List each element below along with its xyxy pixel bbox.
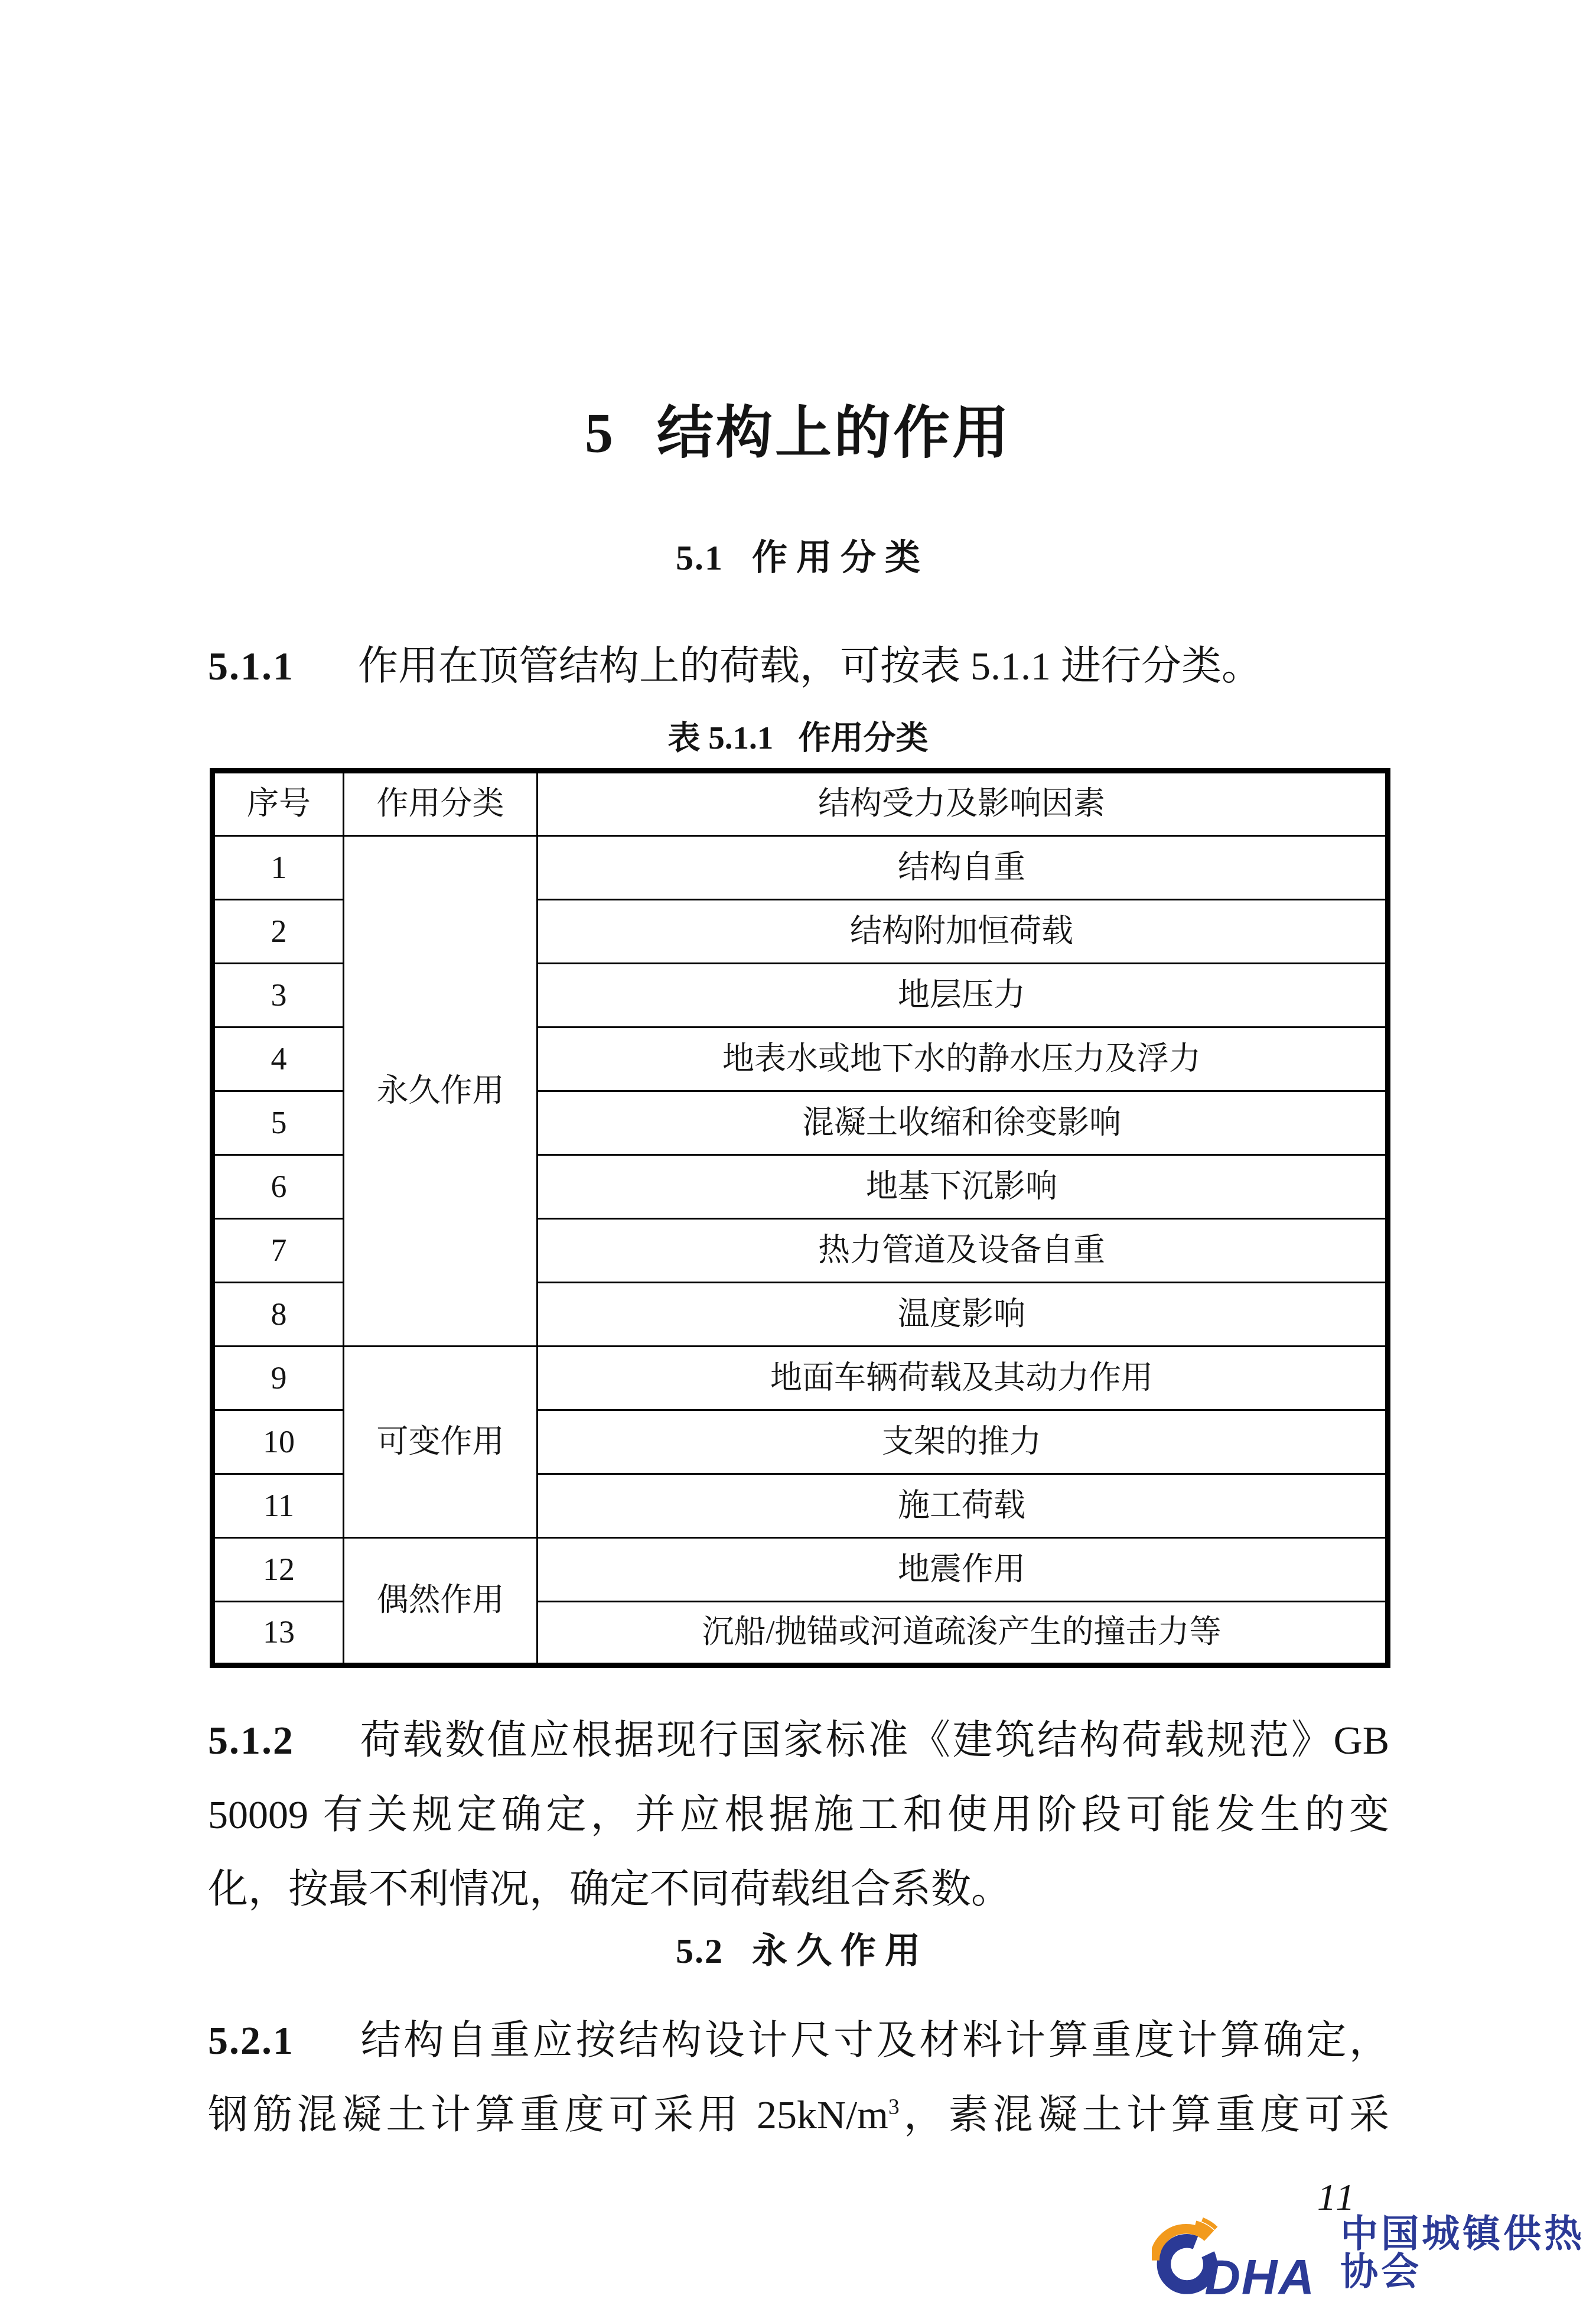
cell-factor: 支架的推力 bbox=[538, 1410, 1388, 1474]
cell-category-accidental: 偶然作用 bbox=[344, 1538, 538, 1666]
paragraph-5-1-2-line1: 5.1.2荷载数值应根据现行国家标准《建筑结构荷载规范》GB bbox=[208, 1703, 1389, 1777]
cell-factor: 温度影响 bbox=[538, 1283, 1388, 1347]
paragraph-5-2-1-line2-post: ，素混凝土计算重度可采 bbox=[900, 2092, 1389, 2137]
paragraph-5-2-1: 5.2.1结构自重应按结构设计尺寸及材料计算重度计算确定， 钢筋混凝土计算重度可… bbox=[208, 2003, 1389, 2152]
paragraph-5-1-1-text: 作用在顶管结构上的荷载，可按表 5.1.1 进行分类。 bbox=[358, 643, 1262, 688]
paragraph-5-2-1-label: 5.2.1 bbox=[208, 2018, 294, 2063]
section-heading-5-2: 5.2永 久 作 用 bbox=[0, 1931, 1596, 1972]
section-heading-5-1: 5.1作 用 分 类 bbox=[0, 538, 1596, 578]
cell-index: 11 bbox=[213, 1474, 344, 1538]
logo-acronym: DHA bbox=[1204, 2252, 1315, 2308]
logo-blue-crescent bbox=[1164, 2241, 1210, 2287]
cdha-logo: DHA 中国城镇供热协会 bbox=[1152, 2203, 1596, 2308]
cell-index: 1 bbox=[213, 836, 344, 900]
document-page: 5结构上的作用 5.1作 用 分 类 5.1.1作用在顶管结构上的荷载，可按表 … bbox=[0, 0, 1596, 2312]
paragraph-5-2-1-line2: 钢筋混凝土计算重度可采用 25kN/m3，素混凝土计算重度可采 bbox=[208, 2077, 1389, 2152]
chapter-title: 5结构上的作用 bbox=[0, 402, 1596, 464]
cell-index: 13 bbox=[213, 1602, 344, 1666]
cell-index: 6 bbox=[213, 1155, 344, 1219]
cell-category-variable: 可变作用 bbox=[344, 1347, 538, 1538]
cell-factor: 施工荷载 bbox=[538, 1474, 1388, 1538]
section-5-1-number: 5.1 bbox=[676, 538, 724, 577]
table-caption: 表 5.1.1作用分类 bbox=[0, 718, 1596, 757]
chapter-number: 5 bbox=[585, 401, 615, 464]
cell-factor: 混凝土收缩和徐变影响 bbox=[538, 1091, 1388, 1155]
cell-factor: 地表水或地下水的静水压力及浮力 bbox=[538, 1027, 1388, 1091]
cell-category-permanent: 永久作用 bbox=[344, 836, 538, 1347]
paragraph-5-1-2-line2: 50009 有关规定确定，并应根据施工和使用阶段可能发生的变 bbox=[208, 1777, 1389, 1852]
cell-index: 2 bbox=[213, 900, 344, 964]
cell-index: 4 bbox=[213, 1027, 344, 1091]
cell-factor: 地层压力 bbox=[538, 964, 1388, 1027]
paragraph-5-1-1-label: 5.1.1 bbox=[208, 643, 294, 688]
cell-factor: 地震作用 bbox=[538, 1538, 1388, 1602]
table-row: 1 永久作用 结构自重 bbox=[213, 836, 1388, 900]
logo-org-name: 中国城镇供热协会 bbox=[1340, 2215, 1596, 2308]
cell-factor: 地基下沉影响 bbox=[538, 1155, 1388, 1219]
paragraph-5-1-2-line1-text: 荷载数值应根据现行国家标准《建筑结构荷载规范》GB bbox=[358, 1718, 1389, 1763]
cell-index: 3 bbox=[213, 964, 344, 1027]
table-caption-number: 表 5.1.1 bbox=[668, 720, 774, 756]
column-header-index: 序号 bbox=[213, 771, 344, 836]
chapter-title-text: 结构上的作用 bbox=[657, 401, 1011, 464]
cell-index: 8 bbox=[213, 1283, 344, 1347]
table-caption-title: 作用分类 bbox=[798, 720, 928, 756]
column-header-category: 作用分类 bbox=[344, 771, 538, 836]
cell-index: 12 bbox=[213, 1538, 344, 1602]
paragraph-5-2-1-line2-pre: 钢筋混凝土计算重度可采用 25kN/m bbox=[208, 2092, 888, 2137]
paragraph-5-1-2-label: 5.1.2 bbox=[208, 1718, 294, 1763]
table-row: 12 偶然作用 地震作用 bbox=[213, 1538, 1388, 1602]
cell-index: 10 bbox=[213, 1410, 344, 1474]
actions-classification-table: 序号 作用分类 结构受力及影响因素 1 永久作用 结构自重 2 结构附加恒荷载 … bbox=[210, 768, 1390, 1668]
cell-index: 7 bbox=[213, 1219, 344, 1283]
cell-index: 5 bbox=[213, 1091, 344, 1155]
cell-factor: 热力管道及设备自重 bbox=[538, 1219, 1388, 1283]
table-row: 9 可变作用 地面车辆荷载及其动力作用 bbox=[213, 1347, 1388, 1410]
section-5-1-title: 作 用 分 类 bbox=[752, 538, 920, 577]
paragraph-5-1-2: 5.1.2荷载数值应根据现行国家标准《建筑结构荷载规范》GB 50009 有关规… bbox=[208, 1703, 1389, 1926]
cubic-superscript: 3 bbox=[888, 2095, 900, 2119]
paragraph-5-2-1-line1-text: 结构自重应按结构设计尺寸及材料计算重度计算确定， bbox=[358, 2018, 1389, 2063]
cell-factor: 地面车辆荷载及其动力作用 bbox=[538, 1347, 1388, 1410]
cell-factor: 结构自重 bbox=[538, 836, 1388, 900]
paragraph-5-1-2-line3: 化，按最不利情况，确定不同荷载组合系数。 bbox=[208, 1852, 1389, 1926]
paragraph-5-2-1-line1: 5.2.1结构自重应按结构设计尺寸及材料计算重度计算确定， bbox=[208, 2003, 1389, 2077]
cell-factor: 结构附加恒荷载 bbox=[538, 900, 1388, 964]
section-5-2-number: 5.2 bbox=[676, 1931, 724, 1970]
cell-index: 9 bbox=[213, 1347, 344, 1410]
column-header-factors: 结构受力及影响因素 bbox=[538, 771, 1388, 836]
paragraph-5-1-1: 5.1.1作用在顶管结构上的荷载，可按表 5.1.1 进行分类。 bbox=[208, 629, 1389, 703]
section-5-2-title: 永 久 作 用 bbox=[752, 1931, 920, 1970]
table-header-row: 序号 作用分类 结构受力及影响因素 bbox=[213, 771, 1388, 836]
cell-factor: 沉船/抛锚或河道疏浚产生的撞击力等 bbox=[538, 1602, 1388, 1666]
